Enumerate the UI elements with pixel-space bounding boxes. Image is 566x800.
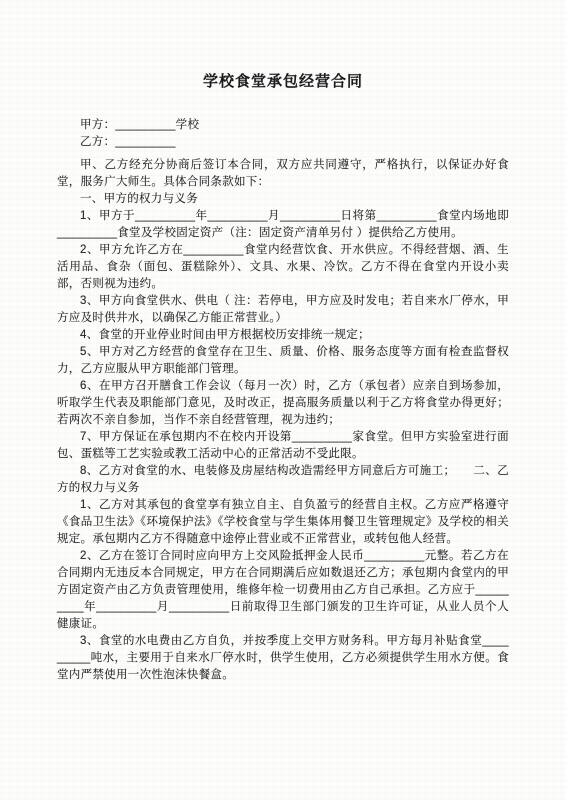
- paragraph-10: 6、在甲方召开膳食工作会议（每月一次）时，乙方（承包者）应亲自到场参加，听取学生…: [57, 378, 509, 429]
- paragraph-11: 7、甲方保证在承包期内不在校内开设第_________家食堂。但甲方实验室进行面…: [57, 429, 509, 463]
- paragraph-2: 乙方：_________: [57, 134, 509, 151]
- paragraph-9: 5、甲方对乙方经营的食堂存在卫生、质量、价格、服务态度等方面有检查监督权力，乙方…: [57, 344, 509, 378]
- paragraph-3: 甲、乙方经充分协商后签订本合同，双方应共同遵守，严格执行，以保证办好食堂，服务广…: [57, 157, 509, 191]
- document-title: 学校食堂承包经营合同: [57, 70, 509, 91]
- paragraph-8: 4、食堂的开业停业时间由甲方根据校历安排统一规定；: [57, 327, 509, 344]
- paragraph-14: 2、乙方在签订合同时应向甲方上交风险抵押金人民币_________元整。若乙方在…: [57, 548, 509, 633]
- paragraph-4: 一、甲方的权力与义务: [57, 191, 509, 208]
- paragraph-6: 2、甲方允许乙方在_________食堂内经营饮食、开水供应。不得经营烟、酒、生…: [57, 242, 509, 293]
- paragraph-12: 8、乙方对食堂的水、电装修及房屋结构改造需经甲方同意后方可施工； 二、乙方的权力…: [57, 463, 509, 497]
- paragraph-1: 甲方：_________学校: [57, 117, 509, 134]
- paragraph-15: 3、食堂的水电费由乙方自负，并按季度上交甲方财务科。甲方每月补贴食堂______…: [57, 633, 509, 684]
- paragraph-13: 1、乙方对其承包的食堂享有独立自主、自负盈亏的经营自主权。乙方应严格遵守《食品卫…: [57, 497, 509, 548]
- paragraph-5: 1、甲方于_________年_________月_________日将第___…: [57, 208, 509, 242]
- document-body: 甲方：_________学校乙方：_________甲、乙方经充分协商后签订本合…: [57, 117, 509, 684]
- document-page: 学校食堂承包经营合同 甲方：_________学校乙方：_________甲、乙…: [0, 0, 566, 800]
- paragraph-7: 3、甲方向食堂供水、供电（ 注：若停电，甲方应及时发电；若自来水厂停水，甲方应及…: [57, 293, 509, 327]
